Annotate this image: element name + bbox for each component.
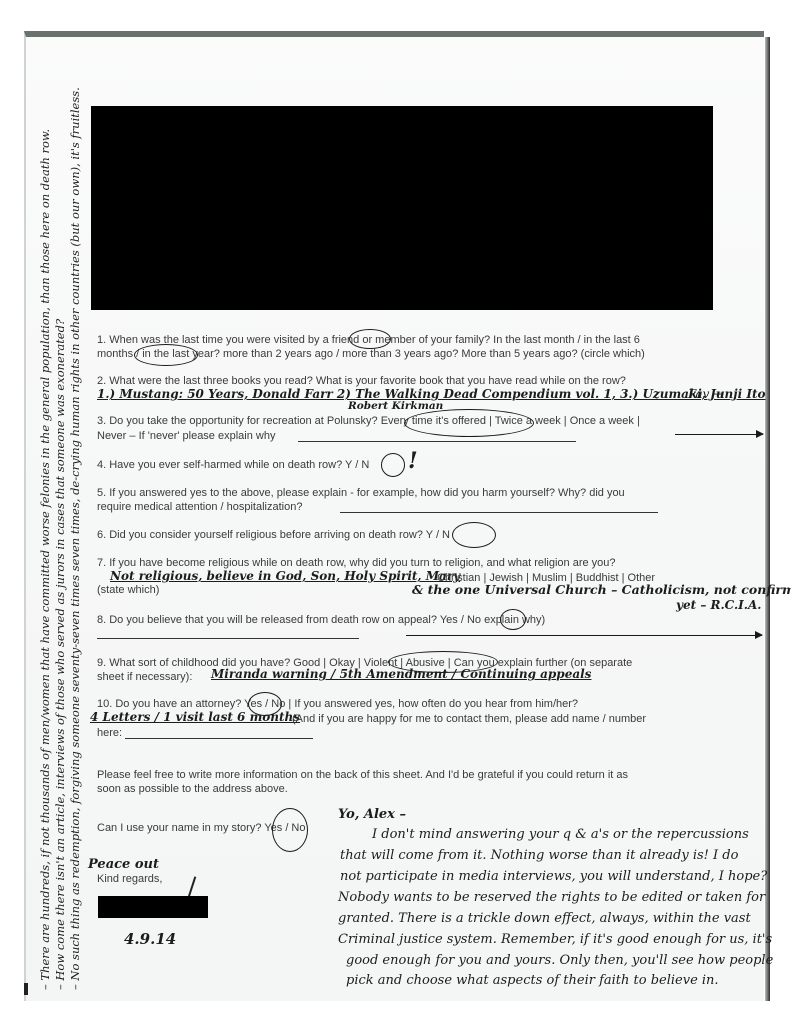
closing-line-2: soon as possible to the address above. bbox=[97, 782, 288, 797]
note-line-2: that will come from it. Nothing worse th… bbox=[340, 845, 738, 866]
margin-note-3: – No such thing as redemption, forgiving… bbox=[68, 87, 82, 990]
question-4: 4. Have you ever self-harmed while on de… bbox=[97, 458, 369, 473]
note-line-3: not participate in media interviews, you… bbox=[340, 866, 767, 887]
answer-7-continued: & the one Universal Church – Catholicism… bbox=[412, 582, 791, 597]
exclamation-mark: ! bbox=[408, 448, 418, 474]
answer-line-5 bbox=[340, 512, 658, 513]
answer-2-favorite-arrow: Fav → bbox=[688, 387, 723, 401]
note-line-8: pick and choose what aspects of their fa… bbox=[346, 970, 719, 991]
redacted-header bbox=[91, 106, 713, 310]
question-5-line-1: 5. If you answered yes to the above, ple… bbox=[97, 486, 625, 501]
arrow-continue-back-2 bbox=[406, 635, 762, 636]
answer-7-belief: Not religious, believe in God, Son, Holy… bbox=[110, 569, 460, 583]
page-corner-shadow bbox=[24, 983, 28, 995]
redacted-signature bbox=[98, 896, 208, 918]
answer-line-3 bbox=[298, 441, 576, 442]
circle-mark-friend bbox=[349, 329, 391, 349]
margin-note-2: – How come there isn't an article, inter… bbox=[53, 319, 67, 990]
circle-mark-last-year bbox=[134, 344, 198, 366]
note-line-6: Criminal justice system. Remember, if it… bbox=[338, 929, 772, 950]
margin-note-1: – There are hundreds, if not thousands o… bbox=[38, 129, 52, 990]
note-line-4: Nobody wants to be reserved the rights t… bbox=[338, 887, 765, 908]
circle-mark-yes-name bbox=[272, 808, 308, 852]
circle-mark-every-time bbox=[404, 409, 534, 437]
answer-2-books: 1.) Mustang: 50 Years, Donald Farr 2) Th… bbox=[97, 387, 766, 401]
note-line-7: good enough for you and yours. Only then… bbox=[346, 950, 773, 971]
question-9-line-2: sheet if necessary): bbox=[97, 670, 192, 685]
question-5-line-2: require medical attention / hospitalizat… bbox=[97, 500, 302, 515]
handwritten-date: 4.9.14 bbox=[124, 930, 176, 948]
answer-line-8 bbox=[97, 638, 359, 639]
arrow-continue-back bbox=[675, 434, 763, 435]
question-7-state-which: (state which) bbox=[97, 583, 159, 598]
handwritten-signoff: Peace out bbox=[88, 857, 159, 872]
question-3-line-2: Never – If 'never' please explain why bbox=[97, 429, 275, 444]
closing-line-1: Please feel free to write more informati… bbox=[97, 768, 628, 783]
question-6: 6. Did you consider yourself religious b… bbox=[97, 528, 450, 543]
note-line-5: granted. There is a trickle down effect,… bbox=[338, 908, 751, 929]
answer-10: 4 Letters / 1 visit last 6 months bbox=[90, 710, 300, 724]
note-line-1: I don't mind answering your q & a's or t… bbox=[372, 824, 749, 845]
question-10-continued: (And if you are happy for me to contact … bbox=[292, 712, 646, 727]
note-greeting: Yo, Alex – bbox=[338, 807, 406, 822]
circle-mark-no-q8 bbox=[500, 609, 526, 630]
kind-regards: Kind regards, bbox=[97, 872, 162, 887]
circle-mark-q6 bbox=[452, 522, 496, 548]
answer-2-author: Robert Kirkman bbox=[348, 400, 443, 412]
answer-7-rcia: yet – R.C.I.A. bbox=[676, 598, 761, 612]
answer-line-10-contact bbox=[125, 738, 313, 739]
circle-mark-violent-abusive bbox=[388, 651, 498, 673]
question-10-here: here: bbox=[97, 726, 122, 741]
question-3-line-1: 3. Do you take the opportunity for recre… bbox=[97, 414, 640, 429]
question-8: 8. Do you believe that you will be relea… bbox=[97, 613, 545, 628]
circle-mark-no-q4 bbox=[381, 453, 405, 477]
